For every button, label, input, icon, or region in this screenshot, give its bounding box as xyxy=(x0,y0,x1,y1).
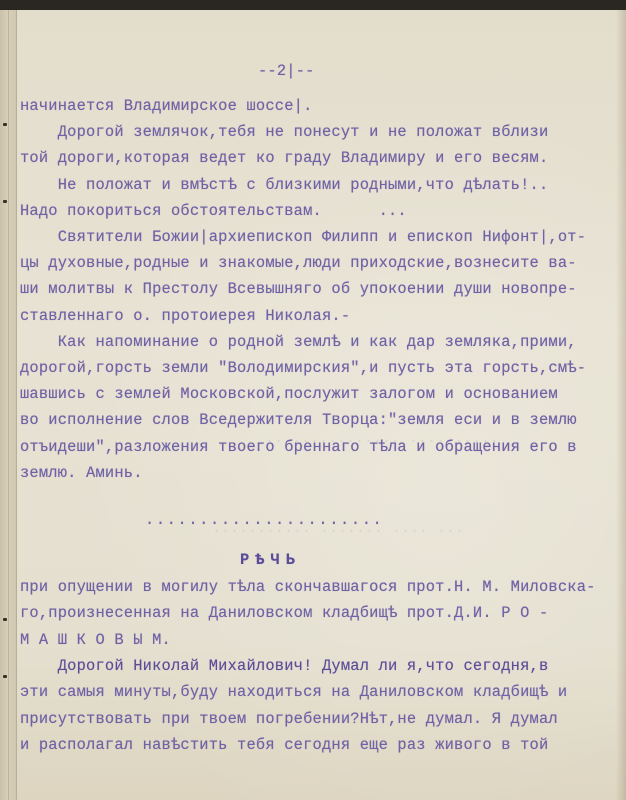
text-line: Не положат и вмѣстѣ с близкими родными,ч… xyxy=(20,176,548,194)
text-line: при опущении в могилу тѣла скончавшагося… xyxy=(20,578,596,596)
text-line: во исполнение слов Вседержителя Творца:"… xyxy=(20,411,577,429)
text-line: Дорогой землячок,тебя не понесут и не по… xyxy=(20,123,548,141)
binding-stitch xyxy=(3,200,7,203)
binding-stitch xyxy=(3,618,7,621)
text-line: дорогой,горсть земли "Володимирския",и п… xyxy=(20,359,586,377)
text-line: Надо покориться обстоятельствам. ... xyxy=(20,202,407,220)
text-line: эти самыя минуты,буду находиться на Дани… xyxy=(20,683,567,701)
page-edge-shadow xyxy=(616,10,626,800)
page-number: --2|-- xyxy=(258,62,315,80)
text-line: цы духовные,родные и знакомые,люди прихо… xyxy=(20,254,577,272)
text-line: отъидеши",разложения твоего бреннаго тѣл… xyxy=(20,438,577,456)
text-line: той дороги,которая ведет ко граду Владим… xyxy=(20,149,548,167)
text-line: Дорогой Николай Михайлович! Думал ли я,ч… xyxy=(20,657,548,675)
text-line: шавшись с землей Московской,послужит зал… xyxy=(20,385,558,403)
text-line: начинается Владимирское шоссе|. xyxy=(20,97,313,115)
text-line: присутствовать при твоем погребении?Нѣт,… xyxy=(20,710,558,728)
page-binding-edge xyxy=(0,10,17,800)
speech-heading: РѢЧЬ xyxy=(240,551,301,569)
text-line: и располагал навѣстить тебя сегодня еще … xyxy=(20,736,548,754)
text-line: ши молитвы к Престолу Всевышняго об упок… xyxy=(20,280,577,298)
text-line: землю. Аминь. xyxy=(20,464,143,482)
text-line: Как напоминание о родной землѣ и как дар… xyxy=(20,333,577,351)
text-line: Святители Божии|архиепископ Филипп и епи… xyxy=(20,228,586,246)
binding-stitch xyxy=(3,675,7,678)
section-separator: ...................... xyxy=(145,511,383,529)
text-line: го,произнесенная на Даниловском кладбищѣ… xyxy=(20,604,548,622)
binding-stitch xyxy=(3,123,7,126)
typewritten-page: ............... .......... ........... .… xyxy=(0,10,626,800)
text-line: М А Ш К О В Ы М. xyxy=(20,631,171,649)
text-line: ставленнаго о. протоиерея Николая.- xyxy=(20,307,350,325)
